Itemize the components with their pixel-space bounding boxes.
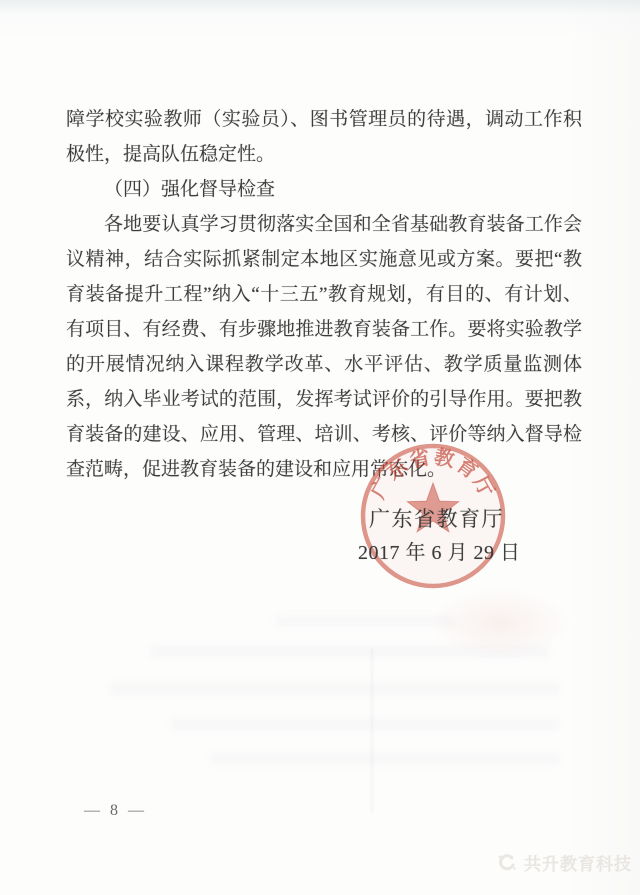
bleedthrough-smudge [170,718,560,731]
seal-bleedthrough-smudge [430,588,570,658]
document-body-text: 障学校实验教师（实验员）、图书管理员的待遇，调动工作积极性，提高队伍稳定性。 （… [66,102,582,487]
scanned-document-page: 障学校实验教师（实验员）、图书管理员的待遇，调动工作积极性，提高队伍稳定性。 （… [0,0,640,895]
bleedthrough-smudge [275,615,455,627]
issue-date: 2017 年 6 月 29 日 [358,536,521,565]
paper-crease [371,648,373,813]
section-heading: （四）强化督导检查 [66,172,582,207]
page-number: — 8 — [84,802,147,820]
bleedthrough-smudge [110,682,560,696]
watermark-logo-icon [496,852,518,874]
watermark: 共升教育科技 [496,850,632,875]
issuer-name: 广东省教育厅 [369,503,504,533]
bleedthrough-smudge [210,752,560,765]
paragraph-continuation: 障学校实验教师（实验员）、图书管理员的待遇，调动工作积极性，提高队伍稳定性。 [66,102,582,172]
watermark-text: 共升教育科技 [524,850,632,875]
